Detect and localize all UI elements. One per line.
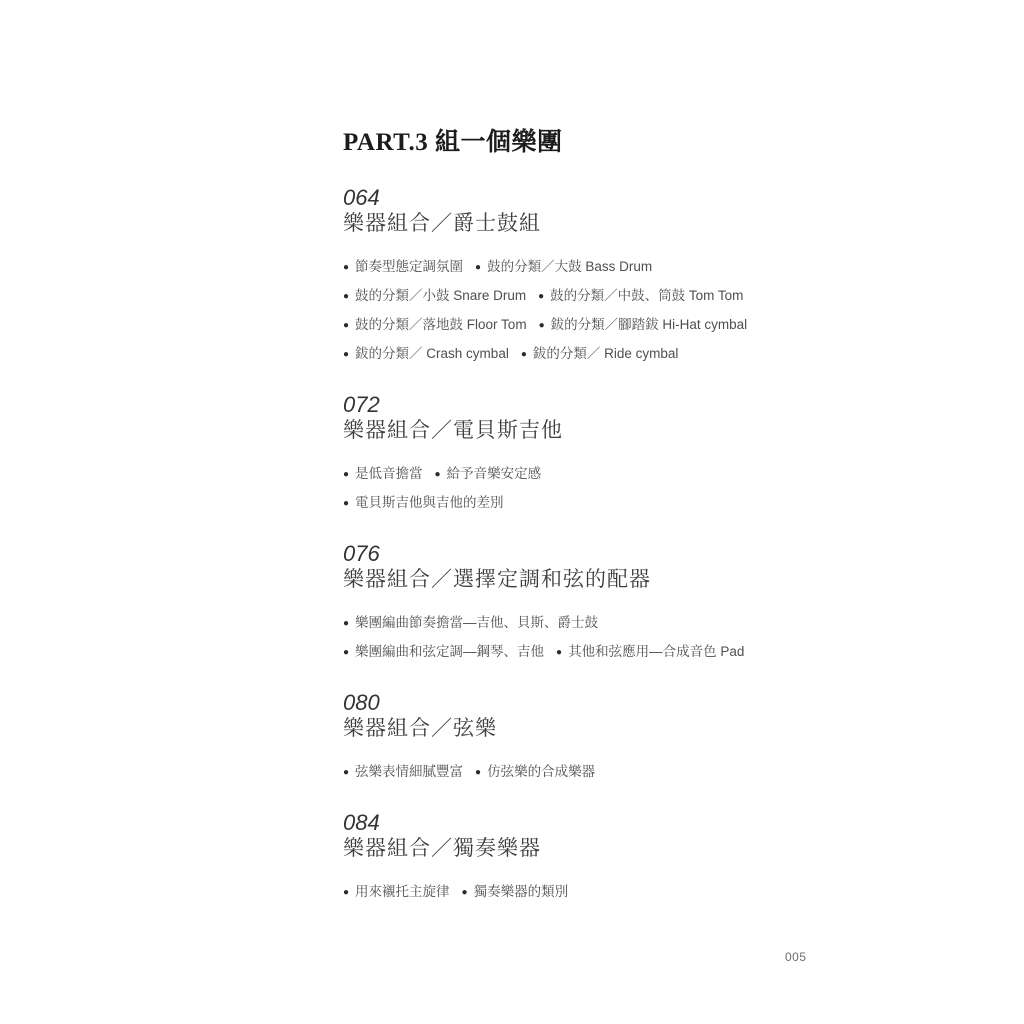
bullet-text: 是低音擔當	[355, 460, 423, 487]
bullet-text: 鈸的分類／ Crash cymbal	[355, 340, 509, 367]
bullet-text: 鼓的分類／大鼓 Bass Drum	[487, 253, 652, 280]
bullet-item: ●仿弦樂的合成樂器	[475, 758, 595, 787]
bullet-icon: ●	[521, 341, 527, 368]
bullet-item: ●鼓的分類／大鼓 Bass Drum	[475, 253, 652, 282]
section-title: 樂器組合／選擇定調和弦的配器	[343, 568, 903, 592]
bullet-item: ●鈸的分類／腳踏鈸 Hi-Hat cymbal	[539, 311, 748, 340]
section-number: 064	[343, 187, 903, 209]
bullet-text: 鼓的分類／小鼓 Snare Drum	[355, 282, 526, 309]
bullet-text: 樂團編曲節奏擔當—吉他、貝斯、爵士鼓	[355, 609, 598, 636]
toc-page: PART.3 組一個樂團 064 樂器組合／爵士鼓組 ●節奏型態定調氛圍●鼓的分…	[0, 0, 1024, 1024]
bullet-icon: ●	[475, 254, 481, 281]
toc-content: PART.3 組一個樂團 064 樂器組合／爵士鼓組 ●節奏型態定調氛圍●鼓的分…	[343, 128, 903, 932]
bullet-text: 用來襯托主旋律	[355, 878, 450, 905]
bullet-icon: ●	[538, 283, 544, 310]
bullet-icon: ●	[343, 759, 349, 786]
bullet-icon: ●	[435, 461, 441, 488]
bullet-icon: ●	[343, 610, 349, 637]
bullet-text: 節奏型態定調氛圍	[355, 253, 463, 280]
bullet-text: 鈸的分類／ Ride cymbal	[533, 340, 679, 367]
part-title: PART.3 組一個樂團	[343, 128, 903, 158]
bullet-text: 電貝斯吉他與吉他的差別	[355, 489, 504, 516]
bullet-text: 鈸的分類／腳踏鈸 Hi-Hat cymbal	[551, 311, 748, 338]
bullet-item: ●鼓的分類／小鼓 Snare Drum	[343, 282, 526, 311]
toc-section: 080 樂器組合／弦樂 ●弦樂表情細膩豐富●仿弦樂的合成樂器	[343, 692, 903, 787]
bullet-text: 仿弦樂的合成樂器	[487, 758, 595, 785]
bullet-text: 獨奏樂器的類別	[474, 878, 569, 905]
bullet-line: ●弦樂表情細膩豐富●仿弦樂的合成樂器	[343, 758, 903, 787]
bullet-item: ●鈸的分類／ Ride cymbal	[521, 340, 679, 369]
bullet-lines: ●樂團編曲節奏擔當—吉他、貝斯、爵士鼓●樂團編曲和弦定調—鋼琴、吉他●其他和弦應…	[343, 609, 903, 667]
bullet-item: ●鼓的分類／中鼓、筒鼓 Tom Tom	[538, 282, 743, 311]
bullet-text: 樂團編曲和弦定調—鋼琴、吉他	[355, 638, 544, 665]
bullet-icon: ●	[539, 312, 545, 339]
bullet-item: ●給予音樂安定感	[435, 460, 542, 489]
bullet-item: ●弦樂表情細膩豐富	[343, 758, 463, 787]
bullet-icon: ●	[343, 490, 349, 517]
bullet-icon: ●	[475, 759, 481, 786]
bullet-text: 弦樂表情細膩豐富	[355, 758, 463, 785]
bullet-line: ●鼓的分類／落地鼓 Floor Tom●鈸的分類／腳踏鈸 Hi-Hat cymb…	[343, 311, 903, 340]
bullet-item: ●電貝斯吉他與吉他的差別	[343, 489, 504, 518]
bullet-icon: ●	[343, 283, 349, 310]
toc-section: 072 樂器組合／電貝斯吉他 ●是低音擔當●給予音樂安定感●電貝斯吉他與吉他的差…	[343, 394, 903, 518]
bullet-item: ●鈸的分類／ Crash cymbal	[343, 340, 509, 369]
bullet-icon: ●	[343, 312, 349, 339]
bullet-icon: ●	[343, 461, 349, 488]
bullet-line: ●鼓的分類／小鼓 Snare Drum●鼓的分類／中鼓、筒鼓 Tom Tom	[343, 282, 903, 311]
bullet-lines: ●弦樂表情細膩豐富●仿弦樂的合成樂器	[343, 758, 903, 787]
bullet-item: ●獨奏樂器的類別	[462, 878, 569, 907]
bullet-item: ●鼓的分類／落地鼓 Floor Tom	[343, 311, 527, 340]
bullet-line: ●樂團編曲和弦定調—鋼琴、吉他●其他和弦應用—合成音色 Pad	[343, 638, 903, 667]
section-number: 080	[343, 692, 903, 714]
bullet-text: 其他和弦應用—合成音色 Pad	[568, 638, 744, 665]
section-title: 樂器組合／弦樂	[343, 717, 903, 741]
bullet-line: ●用來襯托主旋律●獨奏樂器的類別	[343, 878, 903, 907]
bullet-text: 鼓的分類／中鼓、筒鼓 Tom Tom	[550, 282, 743, 309]
bullet-lines: ●用來襯托主旋律●獨奏樂器的類別	[343, 878, 903, 907]
bullet-item: ●其他和弦應用—合成音色 Pad	[556, 638, 744, 667]
section-number: 084	[343, 812, 903, 834]
bullet-text: 給予音樂安定感	[447, 460, 542, 487]
bullet-item: ●用來襯托主旋律	[343, 878, 450, 907]
sections-container: 064 樂器組合／爵士鼓組 ●節奏型態定調氛圍●鼓的分類／大鼓 Bass Dru…	[343, 187, 903, 907]
page-number: 005	[785, 950, 807, 964]
section-number: 072	[343, 394, 903, 416]
bullet-line: ●電貝斯吉他與吉他的差別	[343, 489, 903, 518]
bullet-item: ●樂團編曲節奏擔當—吉他、貝斯、爵士鼓	[343, 609, 598, 638]
section-title: 樂器組合／爵士鼓組	[343, 212, 903, 236]
toc-section: 064 樂器組合／爵士鼓組 ●節奏型態定調氛圍●鼓的分類／大鼓 Bass Dru…	[343, 187, 903, 369]
bullet-icon: ●	[343, 254, 349, 281]
bullet-line: ●節奏型態定調氛圍●鼓的分類／大鼓 Bass Drum	[343, 253, 903, 282]
bullet-lines: ●是低音擔當●給予音樂安定感●電貝斯吉他與吉他的差別	[343, 460, 903, 518]
toc-section: 084 樂器組合／獨奏樂器 ●用來襯托主旋律●獨奏樂器的類別	[343, 812, 903, 907]
bullet-icon: ●	[556, 639, 562, 666]
bullet-lines: ●節奏型態定調氛圍●鼓的分類／大鼓 Bass Drum●鼓的分類／小鼓 Snar…	[343, 253, 903, 369]
bullet-icon: ●	[343, 639, 349, 666]
bullet-icon: ●	[343, 879, 349, 906]
toc-section: 076 樂器組合／選擇定調和弦的配器 ●樂團編曲節奏擔當—吉他、貝斯、爵士鼓●樂…	[343, 543, 903, 667]
bullet-line: ●鈸的分類／ Crash cymbal●鈸的分類／ Ride cymbal	[343, 340, 903, 369]
bullet-item: ●樂團編曲和弦定調—鋼琴、吉他	[343, 638, 544, 667]
bullet-line: ●是低音擔當●給予音樂安定感	[343, 460, 903, 489]
bullet-icon: ●	[343, 341, 349, 368]
bullet-icon: ●	[462, 879, 468, 906]
bullet-text: 鼓的分類／落地鼓 Floor Tom	[355, 311, 527, 338]
section-title: 樂器組合／電貝斯吉他	[343, 419, 903, 443]
section-number: 076	[343, 543, 903, 565]
bullet-item: ●是低音擔當	[343, 460, 423, 489]
section-title: 樂器組合／獨奏樂器	[343, 837, 903, 861]
bullet-item: ●節奏型態定調氛圍	[343, 253, 463, 282]
bullet-line: ●樂團編曲節奏擔當—吉他、貝斯、爵士鼓	[343, 609, 903, 638]
